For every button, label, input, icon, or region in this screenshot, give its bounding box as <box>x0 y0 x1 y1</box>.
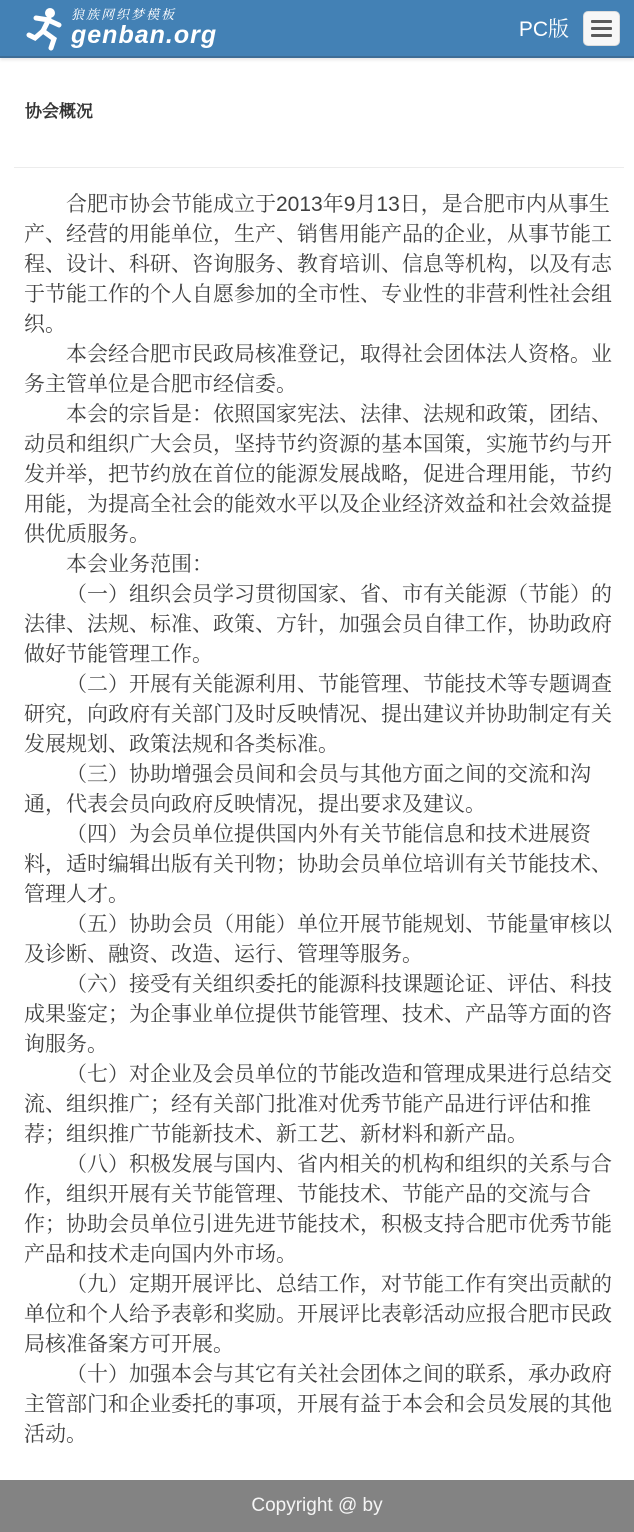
page-title: 协会概况 <box>25 97 614 122</box>
title-divider <box>14 167 624 168</box>
article-paragraph: （八）积极发展与国内、省内相关的机构和组织的关系与合作，组织开展有关节能管理、节… <box>24 1150 614 1270</box>
header-right: PC版 <box>519 11 620 46</box>
hamburger-bar <box>591 20 612 23</box>
site-logo[interactable]: 狼族网织梦模板 genban.org <box>26 5 217 51</box>
article-paragraph: （六）接受有关组织委托的能源科技课题论证、评估、科技成果鉴定；为企事业单位提供节… <box>24 970 614 1060</box>
article-paragraph: 本会的宗旨是：依照国家宪法、法律、法规和政策，团结、动员和组织广大会员，坚持节约… <box>24 400 614 550</box>
copyright-text: Copyright @ by <box>251 1495 382 1517</box>
logo-tagline: 狼族网织梦模板 <box>71 8 217 21</box>
article-paragraph: （一）组织会员学习贯彻国家、省、市有关能源（节能）的法律、法规、标准、政策、方针… <box>24 580 614 670</box>
article-paragraph: （三）协助增强会员间和会员与其他方面之间的交流和沟通，代表会员向政府反映情况，提… <box>24 760 614 820</box>
logo-domain: genban.org <box>71 23 217 48</box>
article-paragraph: 本会业务范围： <box>24 550 614 580</box>
article-paragraph: （九）定期开展评比、总结工作，对节能工作有突出贡献的单位和个人给予表彰和奖励。开… <box>24 1270 614 1360</box>
hamburger-menu-button[interactable] <box>583 11 620 46</box>
article-paragraph: 合肥市协会节能成立于2013年9月13日，是合肥市内从事生产、经营的用能单位，生… <box>24 190 614 340</box>
article-paragraph: （五）协助会员（用能）单位开展节能规划、节能量审核以及诊断、融资、改造、运行、管… <box>24 910 614 970</box>
runner-logo-icon <box>26 5 66 51</box>
site-header: 狼族网织梦模板 genban.org PC版 <box>0 0 634 58</box>
site-footer: Copyright @ by <box>0 1480 634 1532</box>
article-paragraph: （二）开展有关能源利用、节能管理、节能技术等专题调查研究，向政府有关部门及时反映… <box>24 670 614 760</box>
article-paragraph: （十）加强本会与其它有关社会团体之间的联系，承办政府主管部门和企业委托的事项，开… <box>24 1360 614 1450</box>
hamburger-bar <box>591 27 612 30</box>
article-paragraph: 本会经合肥市民政局核准登记，取得社会团体法人资格。业务主管单位是合肥市经信委。 <box>24 340 614 400</box>
logo-text: 狼族网织梦模板 genban.org <box>71 8 217 48</box>
article-body: 合肥市协会节能成立于2013年9月13日，是合肥市内从事生产、经营的用能单位，生… <box>24 190 614 1450</box>
hamburger-bar <box>591 34 612 37</box>
main-content: 协会概况 合肥市协会节能成立于2013年9月13日，是合肥市内从事生产、经营的用… <box>0 58 634 1480</box>
article-paragraph: （四）为会员单位提供国内外有关节能信息和技术进展资料，适时编辑出版有关刊物；协助… <box>24 820 614 910</box>
pc-version-link[interactable]: PC版 <box>519 13 569 43</box>
article-paragraph: （七）对企业及会员单位的节能改造和管理成果进行总结交流、组织推广；经有关部门批准… <box>24 1060 614 1150</box>
